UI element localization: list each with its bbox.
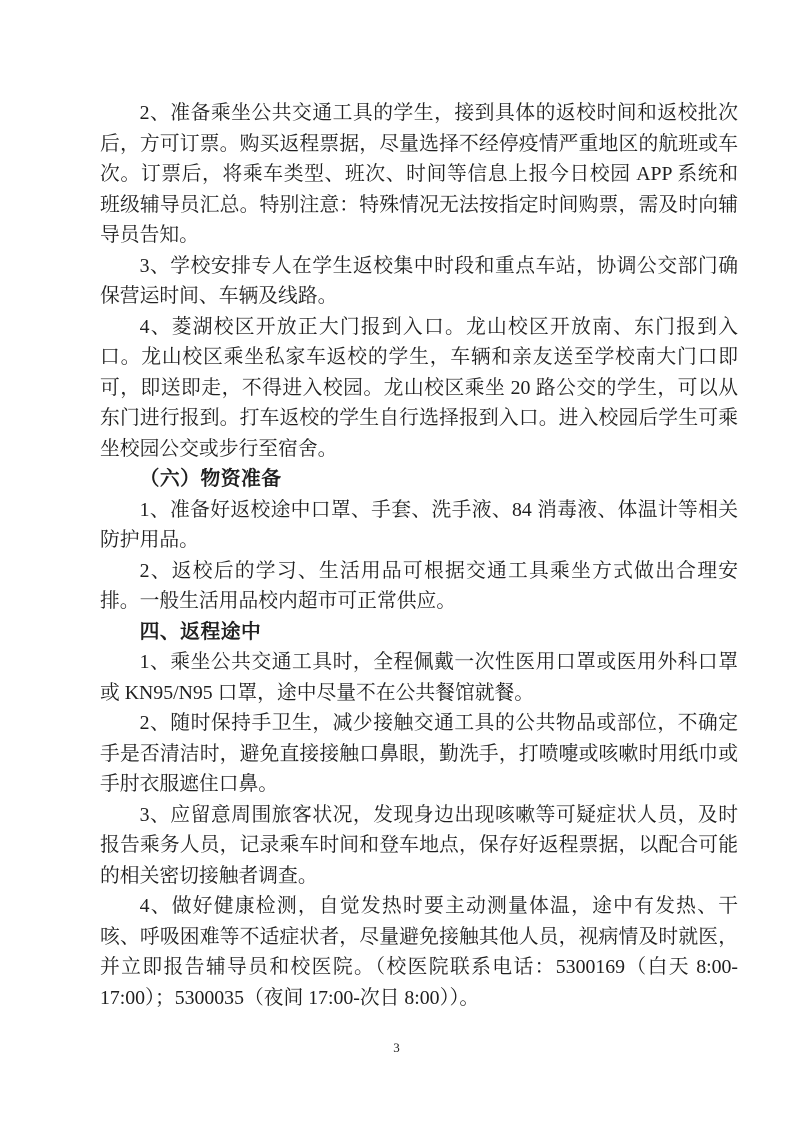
body-paragraph: 4、做好健康检测，自觉发热时要主动测量体温，途中有发热、干咳、呼吸困难等不适症状… [100, 891, 738, 1013]
document-page: 2、准备乘坐公共交通工具的学生，接到具体的返校时间和返校批次后，方可订票。购买返… [0, 0, 793, 1122]
body-paragraph: 1、乘坐公共交通工具时，全程佩戴一次性医用口罩或医用外科口罩或 KN95/N95… [100, 647, 738, 708]
body-paragraph: 2、返校后的学习、生活用品可根据交通工具乘坐方式做出合理安排。一般生活用品校内超… [100, 556, 738, 617]
page-number: 3 [0, 1040, 793, 1056]
body-paragraph: 1、准备好返校途中口罩、手套、洗手液、84 消毒液、体温计等相关防护用品。 [100, 495, 738, 556]
document-body: 2、准备乘坐公共交通工具的学生，接到具体的返校时间和返校批次后，方可订票。购买返… [100, 98, 738, 1013]
section-heading: （六）物资准备 [100, 464, 738, 495]
body-paragraph: 4、菱湖校区开放正大门报到入口。龙山校区开放南、东门报到入口。龙山校区乘坐私家车… [100, 312, 738, 465]
body-paragraph: 2、随时保持手卫生，减少接触交通工具的公共物品或部位，不确定手是否清洁时，避免直… [100, 708, 738, 800]
body-paragraph: 3、应留意周围旅客状况，发现身边出现咳嗽等可疑症状人员，及时报告乘务人员，记录乘… [100, 800, 738, 892]
body-paragraph: 2、准备乘坐公共交通工具的学生，接到具体的返校时间和返校批次后，方可订票。购买返… [100, 98, 738, 251]
body-paragraph: 3、学校安排专人在学生返校集中时段和重点车站，协调公交部门确保营运时间、车辆及线… [100, 251, 738, 312]
section-heading: 四、返程途中 [100, 617, 738, 648]
